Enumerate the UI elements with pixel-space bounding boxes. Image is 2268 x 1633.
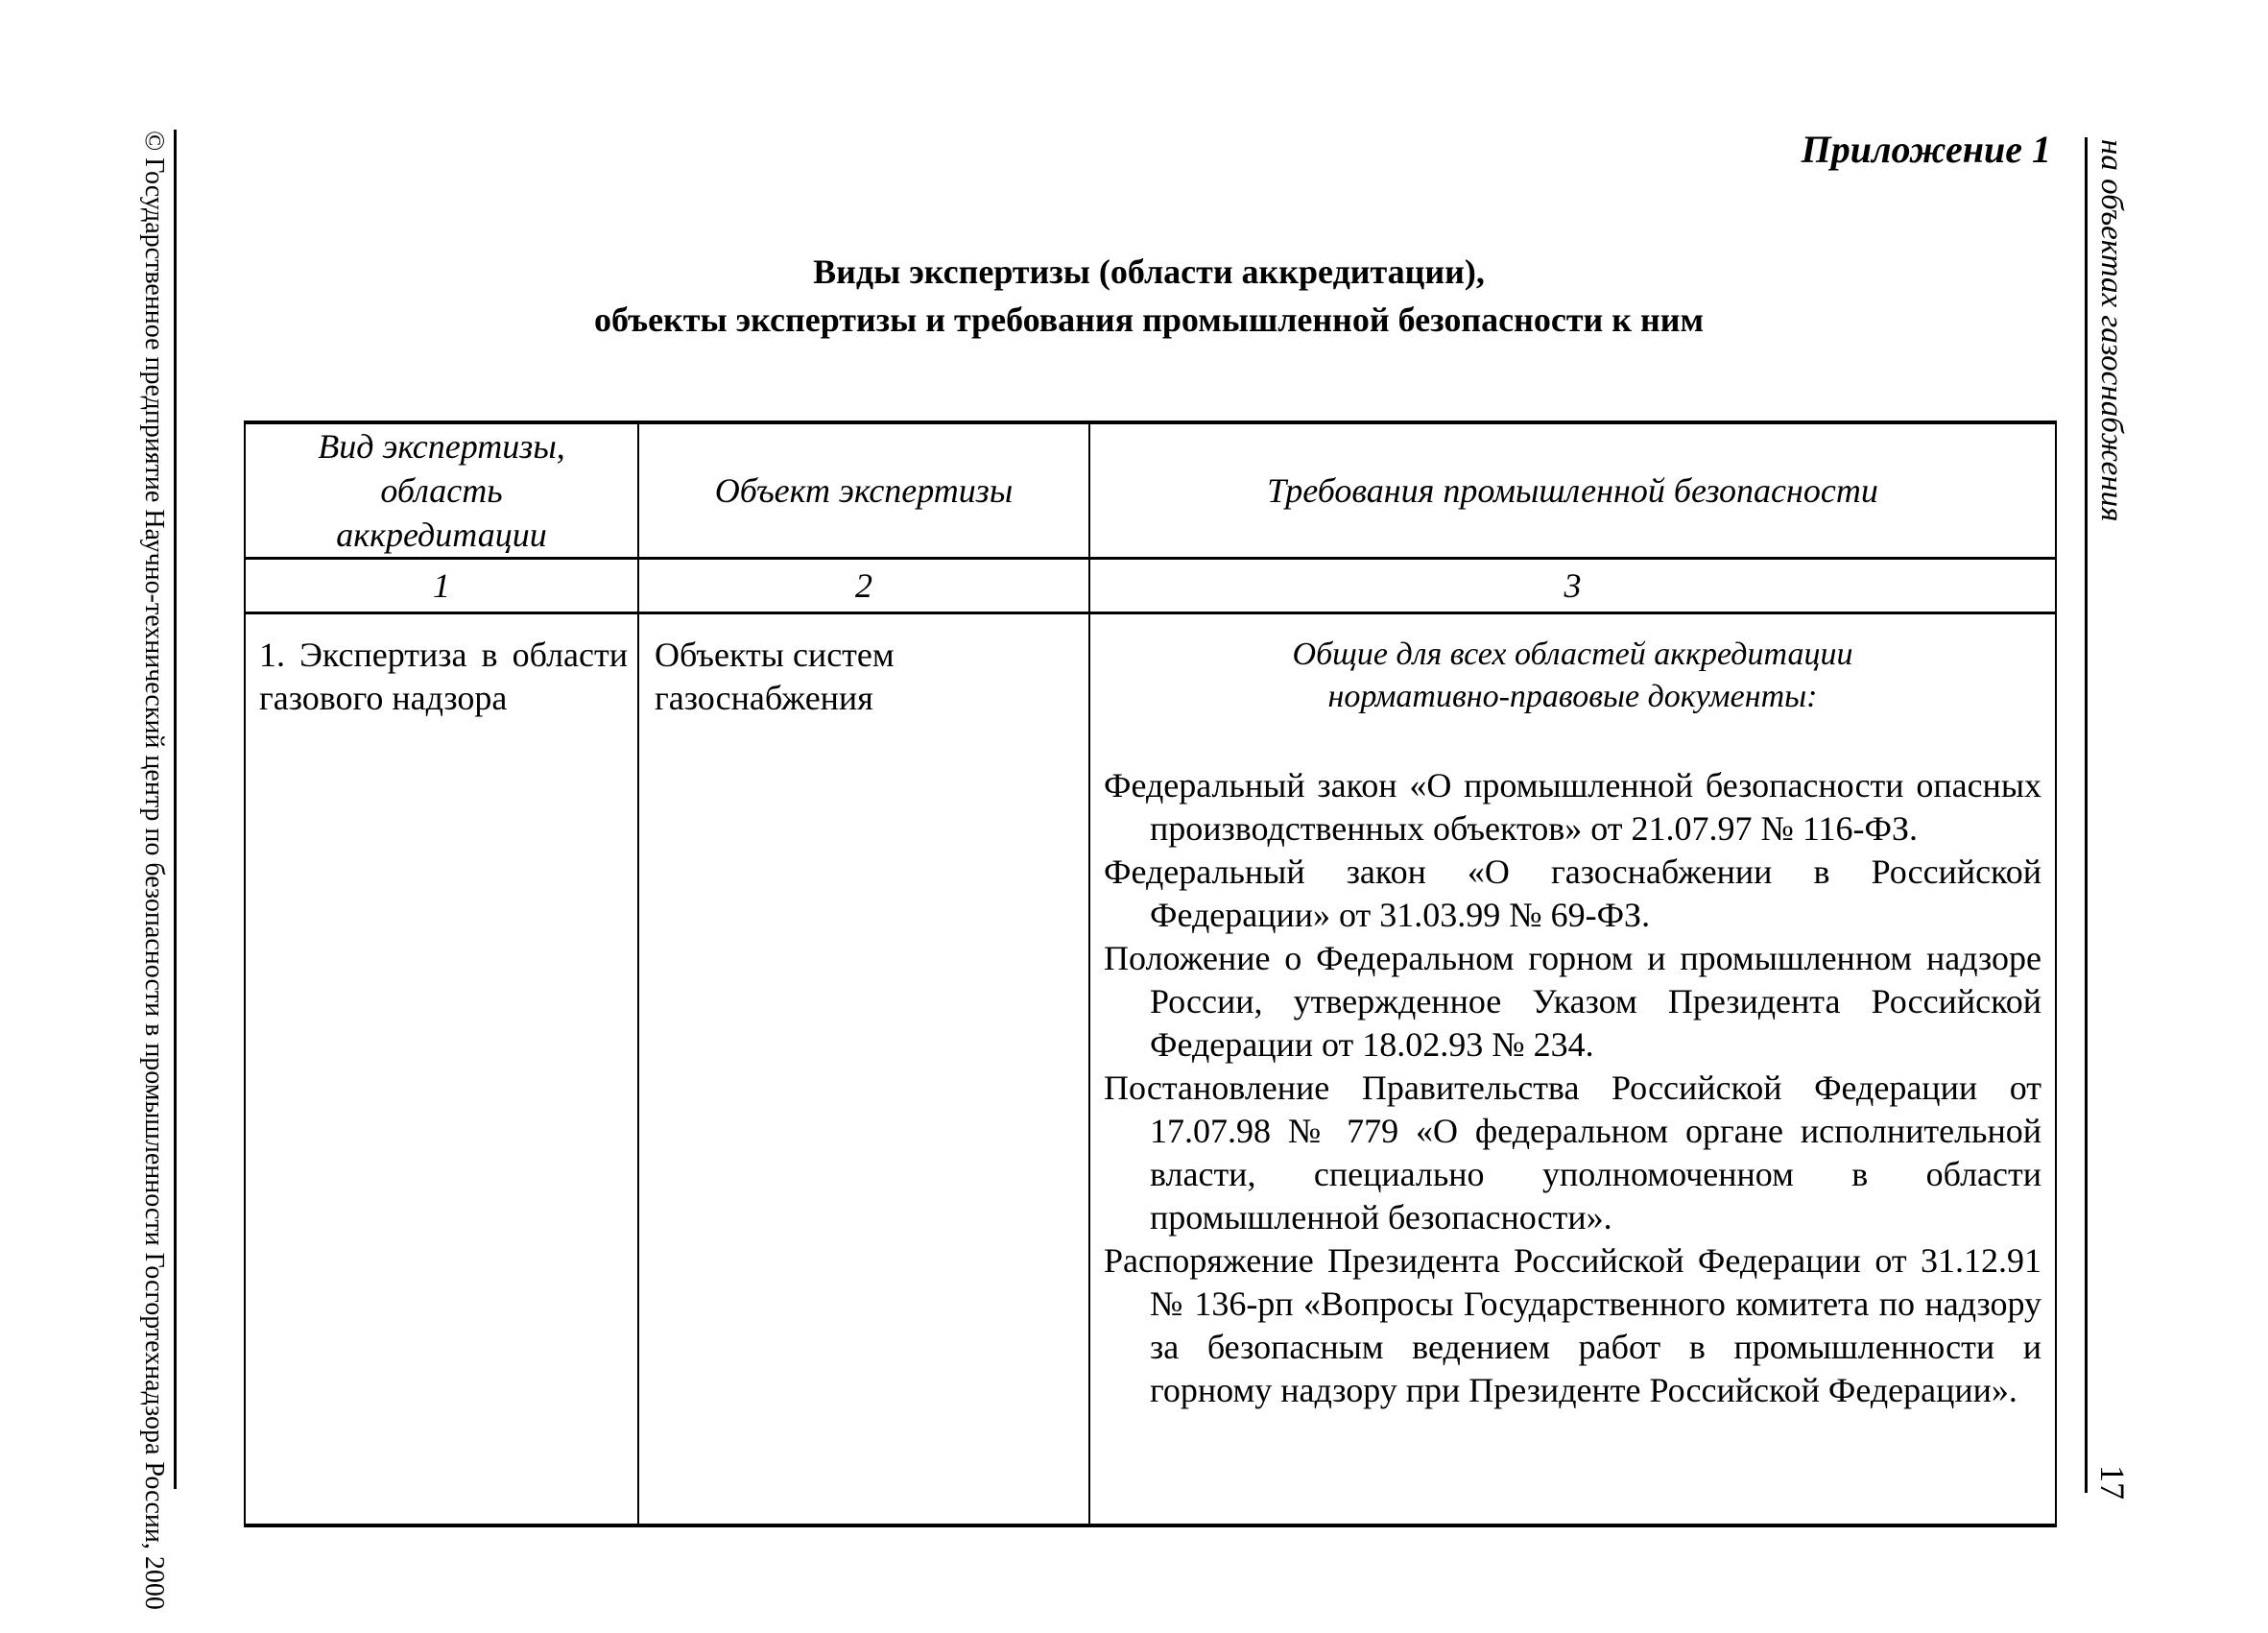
cell-expertise-type: 1. Экспертиза в области газового надзора bbox=[245, 613, 638, 1526]
running-title: на объектах газоснабжения bbox=[2093, 139, 2129, 521]
document-title-line-1: Виды экспертизы (области аккредитации), bbox=[244, 252, 2054, 292]
page-number: 17 bbox=[2092, 1465, 2133, 1500]
column-number: 1 bbox=[245, 559, 638, 613]
document-title-line-2: объекты экспертизы и требования промышле… bbox=[244, 300, 2054, 340]
header-line: область bbox=[246, 468, 637, 513]
table-row: 1. Экспертиза в области газового надзора… bbox=[245, 613, 2056, 1526]
column-number: 3 bbox=[1089, 559, 2056, 613]
copyright-text: © Государственное предприятие Научно-тех… bbox=[138, 131, 169, 1610]
regulation-item: Федеральный закон «О газоснабжении в Рос… bbox=[1104, 851, 2041, 937]
column-number-row: 1 2 3 bbox=[245, 559, 2056, 613]
column-header-expertise-type: Вид экспертизы, область аккредитации bbox=[245, 422, 638, 559]
column-number: 2 bbox=[638, 559, 1089, 613]
requirements-lead: Общие для всех областей аккредитации нор… bbox=[1104, 634, 2041, 718]
appendix-label: Приложение 1 bbox=[1802, 127, 2051, 172]
column-header-object: Объект экспертизы bbox=[638, 422, 1089, 559]
lead-line: Общие для всех областей аккредитации bbox=[1104, 634, 2041, 676]
lead-line: нормативно-правовые документы: bbox=[1104, 676, 2041, 718]
column-header-requirements: Требования промышленной безопасности bbox=[1089, 422, 2056, 559]
regulation-item: Федеральный закон «О промышленной безопа… bbox=[1104, 764, 2041, 851]
left-margin-rule bbox=[174, 130, 177, 1489]
right-margin-rule bbox=[2085, 137, 2088, 1493]
header-line: аккредитации bbox=[246, 513, 637, 557]
header-line: Вид экспертизы, bbox=[246, 424, 637, 468]
cell-object: Объекты систем газоснабжения bbox=[638, 613, 1089, 1526]
regulation-item: Постановление Правительства Российской Ф… bbox=[1104, 1067, 2041, 1239]
cell-requirements: Общие для всех областей аккредитации нор… bbox=[1089, 613, 2056, 1526]
header-line: Объект экспертизы bbox=[639, 468, 1088, 513]
header-line: Требования промышленной безопасности bbox=[1090, 468, 2055, 513]
expertise-table: Вид экспертизы, область аккредитации Объ… bbox=[244, 420, 2057, 1527]
regulation-item: Положение о Федеральном горном и промышл… bbox=[1104, 937, 2041, 1067]
regulation-item: Распоряжение Президента Российской Федер… bbox=[1104, 1239, 2041, 1412]
table-header-row: Вид экспертизы, область аккредитации Объ… bbox=[245, 422, 2056, 559]
copyright-notice: © Государственное предприятие Научно-тех… bbox=[138, 131, 169, 1455]
